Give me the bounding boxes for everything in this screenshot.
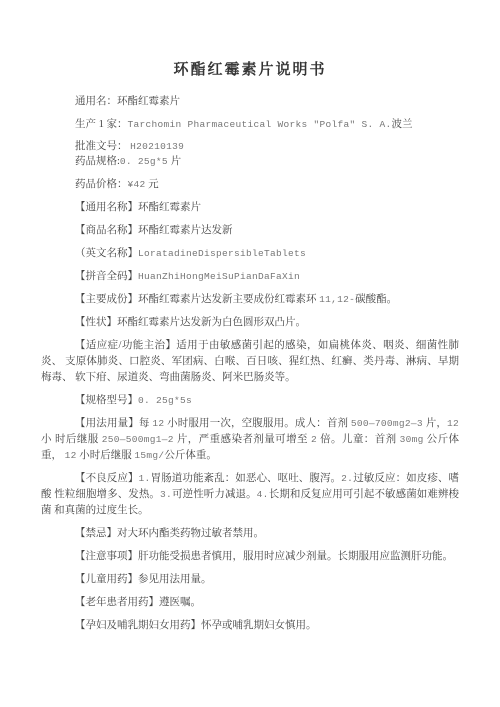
latin-text-segment: 0. 25g*5s <box>138 395 192 406</box>
text-segment: 小时服用一次，空腹服用。成人：首剂 <box>164 418 351 429</box>
text-segment: 【性状】环酯红霉素片达发新为白色圆形双凸片。 <box>75 317 306 328</box>
field-adverse-reactions: 【不良反应】1.胃肠道功能紊乱：如恶心、呕吐、腹泻。2.过敏反应：如皮疹、嗜酸 … <box>41 471 459 519</box>
text-segment: 片， <box>423 418 447 429</box>
manufacturer-line: 生产 1 家：Tarchomin Pharmaceutical Works "P… <box>41 117 459 133</box>
field-indications: 【适应症/功能主治】适用于由敏感菌引起的感染，如扁桃体炎、咽炎、细菌性肺炎、 支… <box>41 338 459 386</box>
latin-text-segment: HuanZhiHongMeiSuPianDaFaXin <box>138 271 300 282</box>
drug-leaflet-page: 环酯红霉素片说明书 通用名：环酯红霉素片 生产 1 家：Tarchomin Ph… <box>0 0 500 707</box>
field-appearance: 【性状】环酯红霉素片达发新为白色圆形双凸片。 <box>41 315 459 331</box>
text-segment: （英文名称】 <box>75 248 138 259</box>
text-segment: 药品规格: <box>75 156 120 167</box>
text-segment: 片 <box>168 156 181 167</box>
text-segment: 【拼音全码】 <box>75 271 138 282</box>
text-segment: 小时后继服 <box>77 450 135 461</box>
text-segment: 【禁忌】对大环内酯类药物过敏者禁用。 <box>75 528 264 539</box>
field-pregnancy-use: 【孕妇及哺乳期妇女用药】怀孕或哺乳期妇女慎用。 <box>41 618 459 634</box>
text-segment: 公斤体重。 <box>164 450 217 461</box>
text-segment: 通用名：环酯红霉素片 <box>75 96 180 107</box>
text-segment: 【老年患者用药】遵医嘱。 <box>75 597 201 608</box>
text-segment: 【不良反应】 <box>75 473 139 484</box>
field-trade-name: 【商品名称】环酯红霉素片达发新 <box>41 223 459 239</box>
leaflet-content: 通用名：环酯红霉素片 生产 1 家：Tarchomin Pharmaceutic… <box>0 94 500 634</box>
field-children-use: 【儿童用药】参见用法用量。 <box>41 572 459 588</box>
text-segment: 【用法用量】每 <box>75 418 152 429</box>
latin-text-segment: 30mg <box>400 434 424 445</box>
field-precautions: 【注意事项】肝功能受损患者慎用，服用时应减少剂量。长期服用应监测肝功能。 <box>41 549 459 565</box>
text-segment: 【适应症/功能主治】适用于由敏感菌引起的感染，如扁桃体炎、咽炎、细菌性肺炎、 支… <box>41 340 459 383</box>
latin-text-segment: 12 <box>65 450 77 461</box>
latin-text-segment: 4. <box>257 489 269 500</box>
latin-text-segment: 11,12- <box>319 294 355 305</box>
field-spec-model: 【规格型号】0. 25g*5s <box>41 393 459 409</box>
text-segment: 【注意事项】肝功能受损患者慎用，服用时应减少剂量。长期服用应监测肝功能。 <box>75 551 453 562</box>
latin-text-segment: 1. <box>139 473 151 484</box>
latin-text-segment: 0. 25g*5 <box>120 156 168 167</box>
drug-spec-line: 药品规格:0. 25g*5 片 <box>41 154 459 170</box>
text-segment: 【主要成份】环酯红霉素片达发新主要成份红霉素环 <box>75 294 319 305</box>
generic-name-line: 通用名：环酯红霉素片 <box>41 94 459 110</box>
latin-text-segment: 12 <box>152 418 164 429</box>
text-segment: 【孕妇及哺乳期妇女用药】怀孕或哺乳期妇女慎用。 <box>75 620 317 631</box>
approval-number-line: 批准文号： H20210139 <box>41 140 459 154</box>
field-elderly-use: 【老年患者用药】遵医嘱。 <box>41 595 459 611</box>
latin-text-segment: H20210139 <box>130 141 184 152</box>
text-segment: 倍。儿童：首剂 <box>317 434 400 445</box>
latin-text-segment: 250—500mg1—2 <box>102 434 174 445</box>
text-segment: 元 <box>146 179 159 190</box>
text-segment: 片，严重感染者剂量可增至 <box>174 434 311 445</box>
latin-text-segment: LoratadineDispersibleTablets <box>138 248 306 259</box>
field-common-name: 【通用名称】环酯红霉素片 <box>41 200 459 216</box>
latin-text-segment: ¥42 <box>128 179 146 190</box>
text-segment: 批准文号： <box>75 141 130 152</box>
latin-text-segment: 500—700mg2—3 <box>351 418 423 429</box>
text-segment: 【商品名称】环酯红霉素片达发新 <box>75 225 233 236</box>
latin-text-segment: 15mg/ <box>134 450 164 461</box>
field-pinyin: 【拼音全码】HuanZhiHongMeiSuPianDaFaXin <box>41 269 459 285</box>
text-segment: 波兰 <box>392 119 413 130</box>
text-segment: 【规格型号】 <box>75 395 138 406</box>
latin-text-segment: Tarchomin Pharmaceutical Works "Polfa" S… <box>128 119 392 130</box>
field-contraindications: 【禁忌】对大环内酯类药物过敏者禁用。 <box>41 526 459 542</box>
price-line: 药品价格：¥42 元 <box>41 177 459 193</box>
text-segment: 【通用名称】环酯红霉素片 <box>75 202 201 213</box>
field-ingredients: 【主要成份】环酯红霉素片达发新主要成份红霉素环 11,12-碳酸酯。 <box>41 292 459 308</box>
latin-text-segment: 3. <box>160 489 172 500</box>
text-segment: 胃肠道功能紊乱：如恶心、呕吐、腹泻。 <box>151 473 342 484</box>
text-segment: 【儿童用药】参见用法用量。 <box>75 574 212 585</box>
text-segment: 小 时后继服 <box>41 434 102 445</box>
field-english-name: （英文名称】LoratadineDispersibleTablets <box>41 246 459 262</box>
page-title: 环酯红霉素片说明书 <box>0 58 500 79</box>
text-segment: 可逆性听力减退。 <box>172 489 257 500</box>
text-segment: 碳酸酯。 <box>355 294 397 305</box>
latin-text-segment: 2. <box>341 473 353 484</box>
text-segment: 药品价格： <box>75 179 128 190</box>
latin-text-segment: 12 <box>447 418 459 429</box>
field-dosage: 【用法用量】每 12 小时服用一次，空腹服用。成人：首剂 500—700mg2—… <box>41 416 459 464</box>
text-segment: 生产 1 家： <box>75 119 128 130</box>
